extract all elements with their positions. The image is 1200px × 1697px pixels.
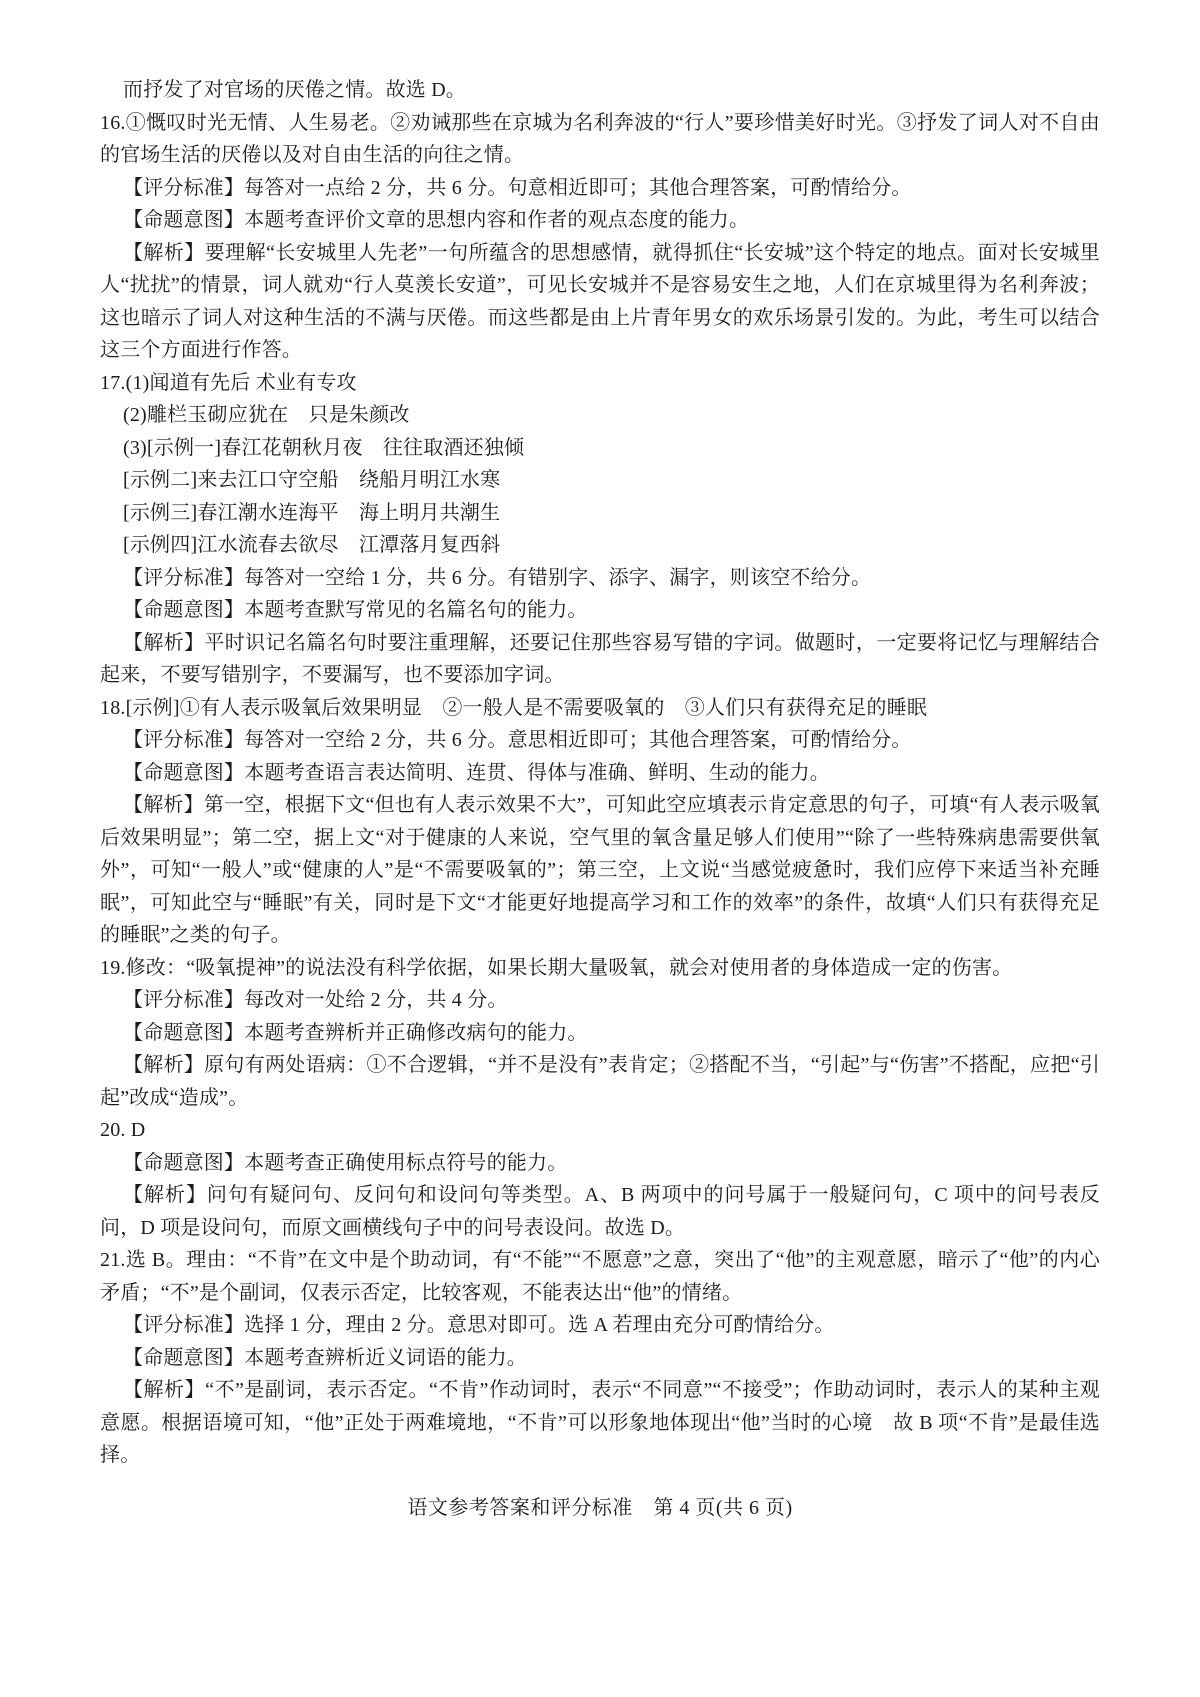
q17-question-intent: 【命题意图】本题考查默写常见的名篇名句的能力。 (100, 594, 1100, 627)
q17-analysis: 【解析】平时识记名篇名句时要注重理解，还要记住那些容易写错的字词。做题时，一定要… (100, 627, 1100, 692)
q18-scoring-standard: 【评分标准】每答对一空给 2 分，共 6 分。意思相近即可；其他合理答案，可酌情… (100, 724, 1100, 757)
q19-scoring-standard: 【评分标准】每改对一处给 2 分，共 4 分。 (100, 984, 1100, 1017)
q18-answer: 18.[示例]①有人表示吸氧后效果明显 ②一般人是不需要吸氧的 ③人们只有获得充… (100, 692, 1100, 725)
q17-answer-example2: [示例二]来去江口守空船 绕船月明江水寒 (100, 464, 1100, 497)
q18-analysis: 【解析】第一空，根据下文“但也有人表示效果不大”，可知此空应填表示肯定意思的句子… (100, 789, 1100, 952)
q16-question-intent: 【命题意图】本题考查评价文章的思想内容和作者的观点态度的能力。 (100, 204, 1100, 237)
q21-scoring-standard: 【评分标准】选择 1 分，理由 2 分。意思对即可。选 A 若理由充分可酌情给分… (100, 1309, 1100, 1342)
q17-answer-part1: 17.(1)闻道有先后 术业有专攻 (100, 367, 1100, 400)
q17-scoring-standard: 【评分标准】每答对一空给 1 分，共 6 分。有错别字、添字、漏字，则该空不给分… (100, 562, 1100, 595)
q20-question-intent: 【命题意图】本题考查正确使用标点符号的能力。 (100, 1147, 1100, 1180)
q21-question-intent: 【命题意图】本题考查辨析近义词语的能力。 (100, 1342, 1100, 1375)
q17-answer-part2: (2)雕栏玉砌应犹在 只是朱颜改 (100, 399, 1100, 432)
q20-answer: 20. D (100, 1114, 1100, 1147)
q20-analysis: 【解析】问句有疑问句、反问句和设问句等类型。A、B 两项中的问号属于一般疑问句，… (100, 1179, 1100, 1244)
q15-analysis-continuation: 而抒发了对官场的厌倦之情。故选 D。 (100, 74, 1100, 107)
q18-question-intent: 【命题意图】本题考查语言表达简明、连贯、得体与准确、鲜明、生动的能力。 (100, 757, 1100, 790)
q17-answer-example3: [示例三]春江潮水连海平 海上明月共潮生 (100, 497, 1100, 530)
q19-answer: 19.修改：“吸氧提神”的说法没有科学依据，如果长期大量吸氧，就会对使用者的身体… (100, 952, 1100, 985)
document-body: 而抒发了对官场的厌倦之情。故选 D。 16.①慨叹时光无情、人生易老。②劝诫那些… (100, 74, 1100, 1472)
q19-analysis: 【解析】原句有两处语病：①不合逻辑，“并不是没有”表肯定；②搭配不当，“引起”与… (100, 1049, 1100, 1114)
q16-scoring-standard: 【评分标准】每答对一点给 2 分，共 6 分。句意相近即可；其他合理答案，可酌情… (100, 172, 1100, 205)
q19-question-intent: 【命题意图】本题考查辨析并正确修改病句的能力。 (100, 1017, 1100, 1050)
q16-answer: 16.①慨叹时光无情、人生易老。②劝诫那些在京城为名利奔波的“行人”要珍惜美好时… (100, 107, 1100, 172)
q17-answer-part3: (3)[示例一]春江花朝秋月夜 往往取酒还独倾 (100, 432, 1100, 465)
page-footer: 语文参考答案和评分标准 第 4 页(共 6 页) (100, 1492, 1100, 1524)
q17-answer-example4: [示例四]江水流春去欲尽 江潭落月复西斜 (100, 529, 1100, 562)
q21-answer: 21.选 B。理由：“不肯”在文中是个助动词，有“不能”“不愿意”之意，突出了“… (100, 1244, 1100, 1309)
q21-analysis: 【解析】“不”是副词，表示否定。“不肯”作动词时，表示“不同意”“不接受”；作助… (100, 1374, 1100, 1472)
q16-analysis: 【解析】要理解“长安城里人先老”一句所蕴含的思想感情，就得抓住“长安城”这个特定… (100, 237, 1100, 367)
answer-key-page: 而抒发了对官场的厌倦之情。故选 D。 16.①慨叹时光无情、人生易老。②劝诫那些… (0, 0, 1200, 1697)
